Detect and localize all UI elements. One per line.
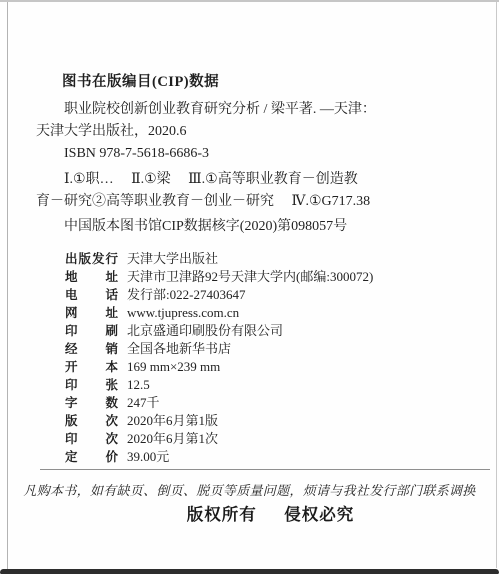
pub-value: www.tjupress.com.cn xyxy=(127,304,239,322)
cip-record-number: 中国版本图书馆CIP数据核字(2020)第098057号 xyxy=(36,216,468,238)
pub-value: 发行部:022-27403647 xyxy=(127,286,245,304)
pub-label: 版次 xyxy=(65,412,118,430)
cip-classification-line2: 育－研究②高等职业教育－创业－研究 Ⅳ.①G717.38 xyxy=(36,191,468,213)
pub-value: 169 mm×239 mm xyxy=(127,358,220,376)
scan-edge-top xyxy=(0,0,499,2)
book-copyright-page: 图书在版编目(CIP)数据 职业院校创新创业教育研究分析 / 梁平著. —天津：… xyxy=(0,0,499,574)
pub-row-phone: 电话 发行部:022-27403647 xyxy=(65,286,475,304)
pub-row-publisher: 出版发行 天津大学出版社 xyxy=(65,250,475,268)
pub-row-printer: 印刷 北京盛通印刷股份有限公司 xyxy=(65,322,475,340)
pub-value: 天津市卫津路92号天津大学内(邮编:300072) xyxy=(127,268,373,286)
pub-row-distributor: 经销 全国各地新华书店 xyxy=(65,340,475,358)
pub-value: 2020年6月第1次 xyxy=(127,430,218,448)
copyright-reserved-text: 版权所有 xyxy=(187,506,257,524)
pub-value: 39.00元 xyxy=(127,448,169,466)
pub-label: 网址 xyxy=(65,304,118,322)
pub-label: 印张 xyxy=(65,376,118,394)
pub-row-website: 网址 www.tjupress.com.cn xyxy=(65,304,475,322)
pub-value: 12.5 xyxy=(127,376,150,394)
cip-data-block: 职业院校创新创业教育研究分析 / 梁平著. —天津： 天津大学出版社，2020.… xyxy=(36,99,468,238)
cip-heading: 图书在版编目(CIP)数据 xyxy=(62,70,219,91)
pub-row-price: 定价 39.00元 xyxy=(65,448,475,466)
pub-label: 出版发行 xyxy=(65,250,118,268)
pub-label: 地址 xyxy=(65,268,118,286)
cip-isbn: ISBN 978-7-5618-6686-3 xyxy=(36,143,468,165)
copyright-statement: 版权所有 侵权必究 xyxy=(0,501,499,525)
pub-label: 印次 xyxy=(65,430,118,448)
infringement-text: 侵权必究 xyxy=(284,506,354,524)
pub-value: 247千 xyxy=(127,394,160,412)
pub-row-address: 地址 天津市卫津路92号天津大学内(邮编:300072) xyxy=(65,268,475,286)
pub-row-edition: 版次 2020年6月第1版 xyxy=(65,412,475,430)
divider-line xyxy=(40,469,490,470)
cip-classification-line1: Ⅰ.①职… Ⅱ.①梁 Ⅲ.①高等职业教育－创造教 xyxy=(36,169,468,191)
pub-value: 全国各地新华书店 xyxy=(127,340,231,358)
pub-value: 2020年6月第1版 xyxy=(127,412,218,430)
quality-notice: 凡购本书，如有缺页、倒页、脱页等质量问题，烦请与我社发行部门联系调换 xyxy=(0,480,499,499)
pub-row-sheets: 印张 12.5 xyxy=(65,376,475,394)
scan-edge-bottom xyxy=(0,569,499,574)
publication-info-table: 出版发行 天津大学出版社 地址 天津市卫津路92号天津大学内(邮编:300072… xyxy=(65,250,475,466)
pub-label: 开本 xyxy=(65,358,118,376)
pub-value: 北京盛通印刷股份有限公司 xyxy=(127,322,283,340)
cip-title-line: 职业院校创新创业教育研究分析 / 梁平著. —天津： xyxy=(36,99,468,121)
pub-label: 印刷 xyxy=(65,322,118,340)
pub-row-wordcount: 字数 247千 xyxy=(65,394,475,412)
pub-label: 经销 xyxy=(65,340,118,358)
pub-value: 天津大学出版社 xyxy=(127,250,218,268)
pub-label: 定价 xyxy=(65,448,118,466)
cip-publisher-line: 天津大学出版社，2020.6 xyxy=(36,121,468,143)
pub-row-format: 开本 169 mm×239 mm xyxy=(65,358,475,376)
pub-label: 电话 xyxy=(65,286,118,304)
pub-label: 字数 xyxy=(65,394,118,412)
pub-row-printing: 印次 2020年6月第1次 xyxy=(65,430,475,448)
